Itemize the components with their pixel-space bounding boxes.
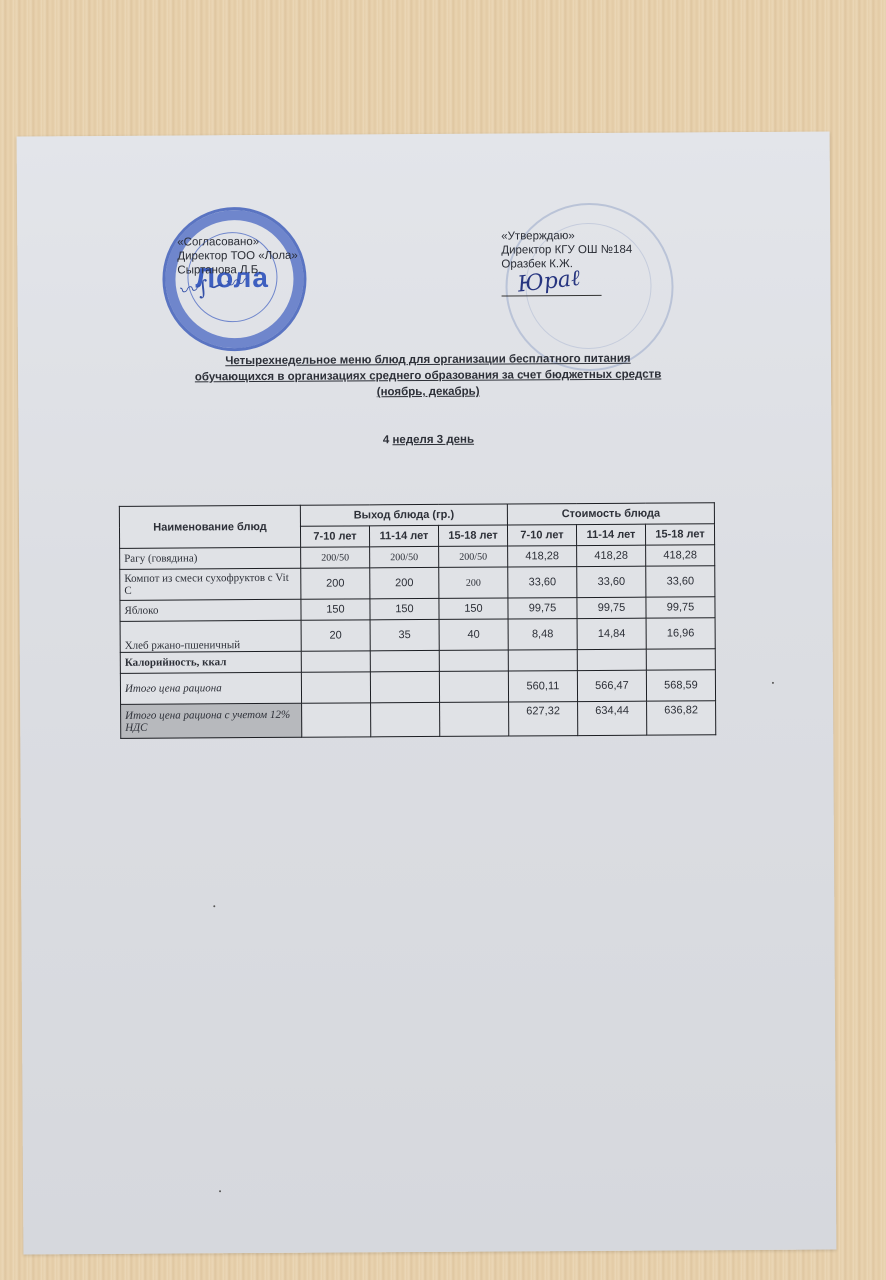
approval-position: Директор КГУ ОШ №184	[501, 243, 632, 258]
total-row: Итого цена рациона 560,11 566,47 568,59	[120, 670, 715, 705]
cost-cell: 33,60	[646, 566, 715, 597]
total-vat-row: Итого цена рациона с учетом 12% НДС 627,…	[121, 701, 716, 739]
title-line-3: (ноябрь, декабрь)	[168, 382, 688, 401]
title-line-2: обучающихся в организациях среднего обра…	[168, 366, 688, 385]
portion-cell: 20	[301, 620, 370, 651]
approval-label: «Утверждаю»	[501, 229, 632, 244]
dish-name: Хлеб ржано-пшеничный	[120, 620, 301, 652]
header-age-group: 11-14 лет	[576, 524, 645, 545]
total-vat-cost-cell: 636,82	[647, 701, 716, 735]
cost-cell: 418,28	[646, 545, 715, 566]
portion-cell: 200/50	[301, 547, 370, 568]
approval-label: «Согласовано»	[177, 235, 298, 250]
cost-cell: 99,75	[508, 598, 577, 619]
total-label: Итого цена рациона	[120, 672, 301, 704]
portion-cell: 200	[439, 567, 508, 598]
calories-label: Калорийность, ккал	[120, 651, 301, 673]
paper-speck	[219, 1190, 221, 1192]
week-day-heading: 4 неделя 3 день	[168, 432, 688, 447]
cost-cell	[646, 649, 715, 670]
portion-cell: 150	[439, 598, 508, 619]
approval-position: Директор ТОО «Лола»	[177, 249, 298, 264]
cost-cell: 99,75	[646, 597, 715, 618]
paper-speck	[772, 682, 774, 684]
header-portion: Выход блюда (гр.)	[300, 504, 507, 526]
cost-cell	[508, 650, 577, 671]
portion-cell	[439, 671, 508, 702]
header-cost: Стоимость блюда	[507, 503, 714, 525]
portion-cell: 35	[370, 619, 439, 650]
menu-table: Наименование блюд Выход блюда (гр.) Стои…	[119, 502, 716, 739]
portion-cell: 200/50	[439, 546, 508, 567]
dish-name: Яблоко	[120, 599, 301, 621]
header-age-group: 15-18 лет	[645, 524, 714, 545]
dish-name: Рагу (говядина)	[120, 547, 301, 569]
header-age-group: 15-18 лет	[438, 525, 507, 546]
cost-cell: 99,75	[577, 597, 646, 618]
total-cost-cell: 560,11	[508, 671, 577, 702]
document-title: Четырехнедельное меню блюд для организац…	[168, 350, 688, 401]
portion-cell	[301, 672, 370, 703]
cost-cell: 8,48	[508, 619, 577, 650]
paper-speck	[213, 905, 215, 907]
header-age-group: 11-14 лет	[369, 525, 438, 546]
total-vat-label: Итого цена рациона с учетом 12% НДС	[121, 703, 302, 738]
cost-cell: 418,28	[577, 545, 646, 566]
cost-cell: 33,60	[508, 567, 577, 598]
portion-cell: 40	[439, 619, 508, 650]
header-dish-name: Наименование блюд	[119, 505, 300, 548]
header-age-group: 7-10 лет	[507, 525, 576, 546]
portion-cell	[301, 651, 370, 672]
total-cost-cell: 568,59	[646, 670, 715, 701]
portion-cell: 150	[370, 598, 439, 619]
document-page: Лола «Согласовано» Директор ТОО «Лола» С…	[17, 132, 837, 1255]
cost-cell: 16,96	[646, 618, 715, 649]
portion-cell	[439, 650, 508, 671]
total-vat-cost-cell: 627,32	[509, 702, 578, 736]
portion-cell	[440, 702, 509, 736]
dish-name: Компот из смеси сухофруктов с Vit C	[120, 568, 301, 600]
total-cost-cell: 566,47	[577, 670, 646, 701]
cost-cell: 14,84	[577, 618, 646, 649]
portion-cell: 200	[301, 568, 370, 599]
total-vat-cost-cell: 634,44	[578, 701, 647, 735]
week-day-text: неделя 3 день	[392, 434, 474, 446]
portion-cell	[371, 702, 440, 736]
portion-cell: 200	[370, 567, 439, 598]
portion-cell: 200/50	[370, 546, 439, 567]
table-row: Хлеб ржано-пшеничный 20 35 40 8,48 14,84…	[120, 618, 715, 653]
portion-cell: 150	[301, 599, 370, 620]
week-number: 4	[383, 434, 389, 446]
header-age-group: 7-10 лет	[300, 526, 369, 547]
cost-cell: 418,28	[508, 546, 577, 567]
portion-cell	[370, 650, 439, 671]
cost-cell: 33,60	[577, 566, 646, 597]
portion-cell	[302, 703, 371, 737]
cost-cell	[577, 649, 646, 670]
table-row: Компот из смеси сухофруктов с Vit C 200 …	[120, 566, 715, 601]
portion-cell	[370, 671, 439, 702]
